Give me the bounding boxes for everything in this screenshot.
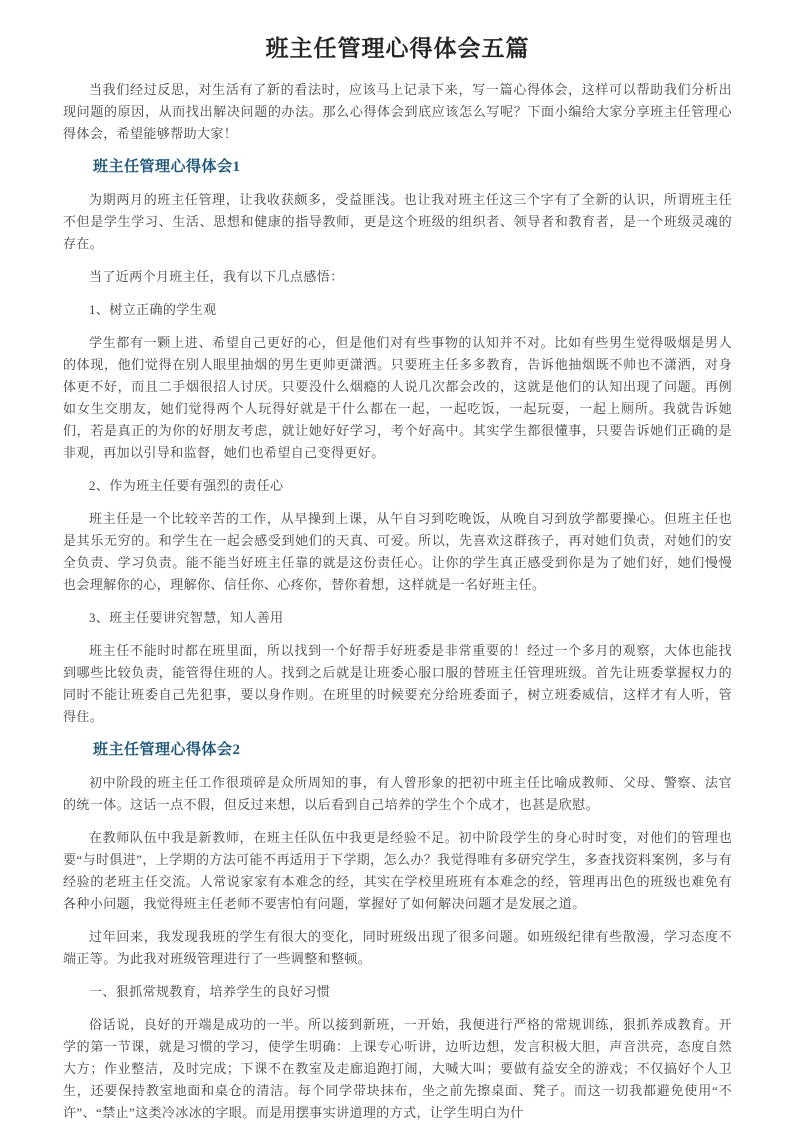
paragraph-point-yi: 一、狠抓常规教育，培养学生的良好习惯 [63,981,732,1003]
section-heading-essay-1: 班主任管理心得体会1 [63,156,732,178]
paragraph-point-2: 2、作为班主任要有强烈的责任心 [63,475,732,497]
paragraph: 在教师队伍中我是新教师，在班主任队伍中我更是经验不足。初中阶段学生的身心时时变，… [63,827,732,915]
paragraph: 学生都有一颗上进、希望自己更好的心，但是他们对有些事物的认知并不对。比如有些男生… [63,332,732,464]
paragraph: 为期两月的班主任管理，让我收获颇多，受益匪浅。也让我对班主任这三个字有了全新的认… [63,189,732,255]
paragraph-point-3: 3、班主任要讲究智慧，知人善用 [63,607,732,629]
paragraph: 初中阶段的班主任工作很琐碎是众所周知的事，有人曾形象的把初中班主任比喻成教师、父… [63,772,732,816]
paragraph: 当了近两个月班主任，我有以下几点感悟： [63,266,732,288]
document-page: 班主任管理心得体会五篇 当我们经过反思，对生活有了新的看法时，应该马上记录下来，… [0,0,794,1123]
section-heading-essay-2: 班主任管理心得体会2 [63,739,732,761]
paragraph-point-1: 1、树立正确的学生观 [63,299,732,321]
paragraph-truncated: 俗话说，良好的开端是成功的一半。所以接到新班，一开始，我便进行严格的常规训练，狠… [63,1014,732,1123]
document-title: 班主任管理心得体会五篇 [63,33,732,63]
paragraph: 班主任不能时时都在班里面，所以找到一个好帮手好班委是非常重要的！经过一个多月的观… [63,640,732,728]
paragraph: 班主任是一个比较辛苦的工作，从早操到上课，从午自习到吃晚饭，从晚自习到放学都要操… [63,508,732,596]
paragraph-intro: 当我们经过反思，对生活有了新的看法时，应该马上记录下来，写一篇心得体会，这样可以… [63,79,732,145]
paragraph: 过年回来，我发现我班的学生有很大的变化，同时班级出现了很多问题。如班级纪律有些散… [63,926,732,970]
